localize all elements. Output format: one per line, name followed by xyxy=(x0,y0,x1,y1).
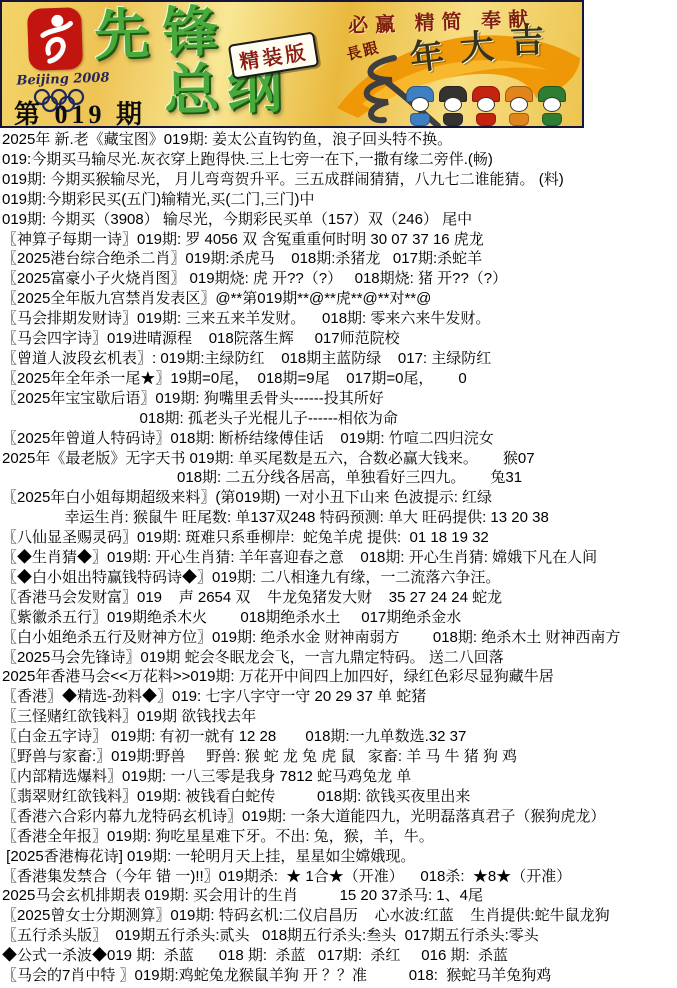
text-line: 〖野兽与家畜:〗019期:野兽 野兽: 猴 蛇 龙 兔 虎 鼠 家畜: 羊 马 … xyxy=(2,747,677,767)
text-line: 〖白金五字诗〗 019期: 有初一就有 12 28 018期:一九单数选.32 … xyxy=(2,727,677,747)
text-line: 018期: 孤老头子光棍儿子------相依为命 xyxy=(2,409,677,429)
text-line: 〖2025曾女士分期测算〗019期: 特码玄机:二仪启昌历 心水波:红蓝 生肖提… xyxy=(2,906,677,926)
text-line: 〖翡翠财红欲钱料〗019期: 被钱看白蛇传 018期: 欲钱买夜里出来 xyxy=(2,787,677,807)
text-line: 〖2025富豪小子火烧肖图〗 019期烧: 虎 开??（?） 018期烧: 猪 … xyxy=(2,269,677,289)
text-line: 〖香港全年报〗019期: 狗吃星星难下牙。不出: 兔，猴，羊，牛。 xyxy=(2,827,677,847)
fuwa-mascot-yingying-icon xyxy=(505,86,533,128)
text-line: [2025香港梅花诗] 019期: 一轮明月天上挂，星星如尘嫦娥现。 xyxy=(2,847,677,867)
text-line: 〖八仙显圣赐灵码〗019期: 斑难只系垂柳岸: 蛇兔羊虎 提供: 01 18 1… xyxy=(2,528,677,548)
text-line: 2025年 新.老《藏宝图》019期: 姜太公直钩钓鱼，浪子回头特不换。 xyxy=(2,130,677,150)
beijing-wordmark: Beijing 2008 xyxy=(8,70,118,89)
text-line: 〖白小姐绝杀五行及财神方位〗019期: 绝杀水金 财神南弱方 018期: 绝杀木… xyxy=(2,628,677,648)
text-line: 〖香港〗◆精选-劲料◆〗019: 七字八字守一守 20 29 37 单 蛇猪 xyxy=(2,687,677,707)
text-line: 〖马会排期发财诗〗019期: 三来五来羊发财。 018期: 零来六来牛发财。 xyxy=(2,309,677,329)
tip-sheet-page: Beijing 2008 先锋 总纲 精装版 第 019 期 必赢 精简 奉献 … xyxy=(0,0,677,988)
text-line: 〖香港马会发财富〗019 声 2654 双 牛龙兔猪发大财 35 27 24 2… xyxy=(2,588,677,608)
text-line: 〖马会四字诗〗019进晴源程 018院落生辉 017师范院校 xyxy=(2,329,677,349)
text-line: 2025年《最老版》无字天书 019期: 单买尾数是五六，合数必赢大钱来。 猴0… xyxy=(2,449,677,469)
text-line: 018期: 二五分线各居高，单独看好三四九。 兔31 xyxy=(2,468,677,488)
banner-title-top: 先锋 xyxy=(93,4,233,64)
text-line: 〖◆生肖猜◆〗019期: 开心生肖猜: 羊年喜迎春之意 018期: 开心生肖猜:… xyxy=(2,548,677,568)
text-line: 〖香港六合彩内幕九龙特码玄机诗〗019期: 一条大道能四九，光明磊落真君子（猴狗… xyxy=(2,807,677,827)
text-line: 〖2025全年版九宫禁肖发表区〗@**第019期**@**虎**@**对**@ xyxy=(2,289,677,309)
text-line: 〖2025年曾道人特码诗〗018期: 断桥结缘傅佳话 019期: 竹喧二四归浣女 xyxy=(2,429,677,449)
text-line: 〖2025马会先锋诗〗019期 蛇会冬眠龙会飞，一言九鼎定特码。 送二八回落 xyxy=(2,648,677,668)
issue-number-label: 第 019 期 xyxy=(14,94,146,128)
fuwa-mascot-huanhuan-icon xyxy=(472,86,500,128)
text-line: ◆公式一杀波◆019 期: 杀蓝 018 期: 杀蓝 017期: 杀红 016 … xyxy=(2,946,677,966)
masthead-banner: Beijing 2008 先锋 总纲 精装版 第 019 期 必赢 精简 奉献 … xyxy=(0,0,584,128)
greeting-char: 年 xyxy=(408,38,446,76)
dancing-figure-icon xyxy=(27,7,83,71)
text-line: 幸运生肖: 猴鼠牛 旺尾数: 单137双248 特码预测: 单大 旺码提供: 1… xyxy=(2,508,677,528)
greeting-char: 大 xyxy=(459,30,495,66)
beijing-2008-seal-icon xyxy=(27,7,83,71)
text-line: 〖2025年全年杀一尾★〗19期=0尾， 018期=9尾 017期=0尾， 0 xyxy=(2,369,677,389)
text-line: 〖三怪赌红欲钱料〗019期 欲钱找去年 xyxy=(2,707,677,727)
text-line: 2025马会玄机排期表 019期: 买会用计的生肖 15 20 37杀马: 1、… xyxy=(2,886,677,906)
text-line: 019:今期买马输尽光.灰衣穿上跑得快.三上七旁一在下,一撒有缘二旁伴.(畅) xyxy=(2,150,677,170)
text-line: 2025年香港马会<<万花料>>019期: 万花开中间四上加四好，绿红色彩尽显狗… xyxy=(2,667,677,687)
content-lines: 2025年 新.老《藏宝图》019期: 姜太公直钩钓鱼，浪子回头特不换。019:… xyxy=(2,130,677,986)
greeting-char: 吉 xyxy=(509,23,544,58)
text-line: 〖2025港台综合绝杀二肖〗019期:杀虎马 018期:杀猪龙 017期:杀蛇羊 xyxy=(2,249,677,269)
text-line: 019期: 今期买（3908） 输尽光，今期彩民买单（157）双（246） 尾中 xyxy=(2,210,677,230)
edition-badge: 精装版 xyxy=(228,31,319,79)
text-line: 〖香港集发禁合（今年 错 一)!!〗019期杀: ★ 1合★（开准） 018杀:… xyxy=(2,867,677,887)
text-line: 〖马会的7肖中特 〗019期:鸡蛇兔龙猴鼠羊狗 开 ？？准 018: 猴蛇马羊兔… xyxy=(2,966,677,986)
text-line: 019期:今期彩民买(五门)输精光,买(二门,三门)中 xyxy=(2,190,677,210)
mascot-row xyxy=(406,86,566,128)
text-line: 〖2025年白小姐每期超级来料〗(第019期) 一对小丑下山来 色波提示: 红绿 xyxy=(2,488,677,508)
text-line: 〖◆白小姐出特赢钱特码诗◆〗019期: 二八相逢九有缘，一二流落六争汪。 xyxy=(2,568,677,588)
fuwa-mascot-beibei-icon xyxy=(406,86,434,128)
text-line: 〖神算子每期一诗〗019期: 罗 4056 双 含冤重重何时明 30 07 37… xyxy=(2,230,677,250)
text-line: 〖内部精选爆料〗019期: 一八三零是我身 7812 蛇马鸡兔龙 单 xyxy=(2,767,677,787)
text-line: 〖曾道人波段玄机表〗: 019期:主绿防红 018期主蓝防绿 017: 主绿防红 xyxy=(2,349,677,369)
text-line: 019期: 今期买猴输尽光， 月儿弯弯贺升平。三五成群闹猜猜，八九七二谁能猜。 … xyxy=(2,170,677,190)
text-line: 〖2025年宝宝歇后语〗019期: 狗嘴里丢骨头------投其所好 xyxy=(2,389,677,409)
fuwa-mascot-nini-icon xyxy=(538,86,566,128)
text-line: 〖紫徽杀五行〗019期绝杀木火 018期绝杀水土 017期绝杀金水 xyxy=(2,608,677,628)
fuwa-mascot-jingjing-icon xyxy=(439,86,467,128)
text-line: 〖五行杀头版〗 019期五行杀头:贰头 018期五行杀头:叁头 017期五行杀头… xyxy=(2,926,677,946)
